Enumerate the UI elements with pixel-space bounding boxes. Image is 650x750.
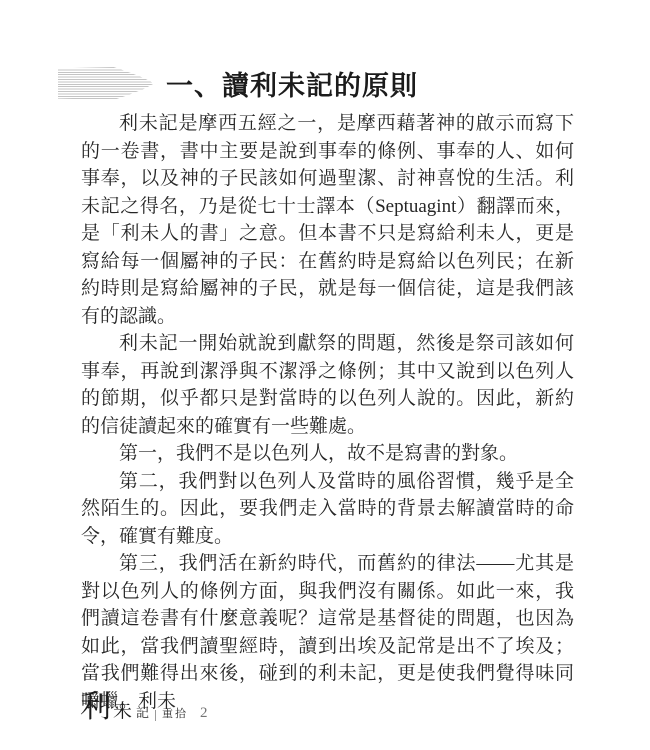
paragraph: 利未記一開始就說到獻祭的問題，然後是祭司該如何事奉，再說到潔淨與不潔淨之條例；其… bbox=[81, 330, 574, 440]
body-text: 利未記是摩西五經之一，是摩西藉著神的啟示而寫下的一卷書，書中主要是說到事奉的條例… bbox=[81, 110, 574, 715]
paragraph: 第一，我們不是以色列人，故不是寫書的對象。 bbox=[81, 440, 574, 468]
chapter-title: 一、讀利未記的原則 bbox=[166, 64, 418, 103]
footer-book-title-char-medium: 未 bbox=[113, 702, 132, 721]
page-footer: 利 未 記 重拾 2 bbox=[80, 691, 208, 722]
paragraph: 利未記是摩西五經之一，是摩西藉著神的啟示而寫下的一卷書，書中主要是說到事奉的條例… bbox=[81, 110, 574, 330]
chapter-header: 一、讀利未記的原則 bbox=[58, 64, 418, 103]
footer-book-title-char-large: 利 bbox=[80, 691, 111, 722]
chapter-deco-lines-icon bbox=[58, 67, 154, 100]
footer-page-number: 2 bbox=[200, 706, 208, 721]
book-page: 一、讀利未記的原則 利未記是摩西五經之一，是摩西藉著神的啟示而寫下的一卷書，書中… bbox=[0, 0, 650, 750]
footer-book-title-char-small: 記 bbox=[136, 706, 149, 719]
paragraph: 第二，我們對以色列人及當時的風俗習慣，幾乎是全然陌生的。因此，要我們走入當時的背… bbox=[81, 468, 574, 551]
footer-separator bbox=[155, 710, 156, 721]
footer-series-label: 重拾 bbox=[162, 709, 188, 720]
